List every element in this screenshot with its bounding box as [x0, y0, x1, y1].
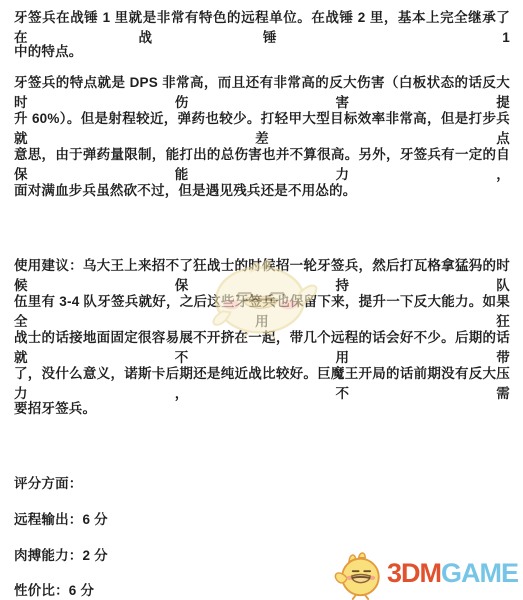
text-line: 使用建议：乌大王上来招不了狂战士的时候招一轮牙签兵，然后打瓦格拿猛犸的时候保持队 [14, 256, 510, 296]
text-line: 面对满血步兵虽然砍不过，但是遇见残兵还是不用怂的。 [14, 181, 510, 201]
rating-ranged-output: 远程输出：6 分 [14, 510, 510, 530]
logo-text: 3DMGAME [387, 548, 518, 598]
text-line: 伍里有 3-4 队牙签兵就好，之后这些牙签兵也保留下来，提升一下反大能力。如果全… [14, 292, 510, 332]
article-text: 牙签兵在战锤 1 里就是非常有特色的远程单位。在战锤 2 里，基本上完全继承了在… [0, 0, 523, 600]
3dmgame-logo: 3DMGAME [333, 547, 518, 599]
text-line: 牙签兵的特点就是 DPS 非常高，而且还有非常高的反大伤害（白板状态的话反大时伤… [14, 73, 510, 113]
text-line: 意思，由于弹药量限制，能打出的总伤害也并不算很高。另外，牙签兵有一定的自保能力， [14, 145, 510, 185]
rating-section-title: 评分方面： [14, 474, 510, 494]
logo-text-game: GAME [441, 558, 518, 588]
text-line: 中的特点。 [14, 42, 510, 62]
text-line: 升 60%）。但是射程较近，弹药也较少。打轻甲大型目标效率非常高，但是打步兵就差… [14, 109, 510, 149]
document-page: 牙签兵在战锤 1 里就是非常有特色的远程单位。在战锤 2 里，基本上完全继承了在… [0, 0, 523, 600]
text-line: 要招牙签兵。 [14, 399, 510, 419]
text-line: 了，没什么意义，诺斯卡后期还是纯近战比较好。巨魔王开局的话前期没有反大压力，不需 [14, 364, 510, 404]
logo-text-3dm: 3DM [387, 558, 441, 588]
text-line: 战士的话接地面固定很容易展不开挤在一起，带几个远程的话会好不少。后期的话就不用带 [14, 328, 510, 368]
3dm-chick-logo-icon [333, 550, 386, 600]
